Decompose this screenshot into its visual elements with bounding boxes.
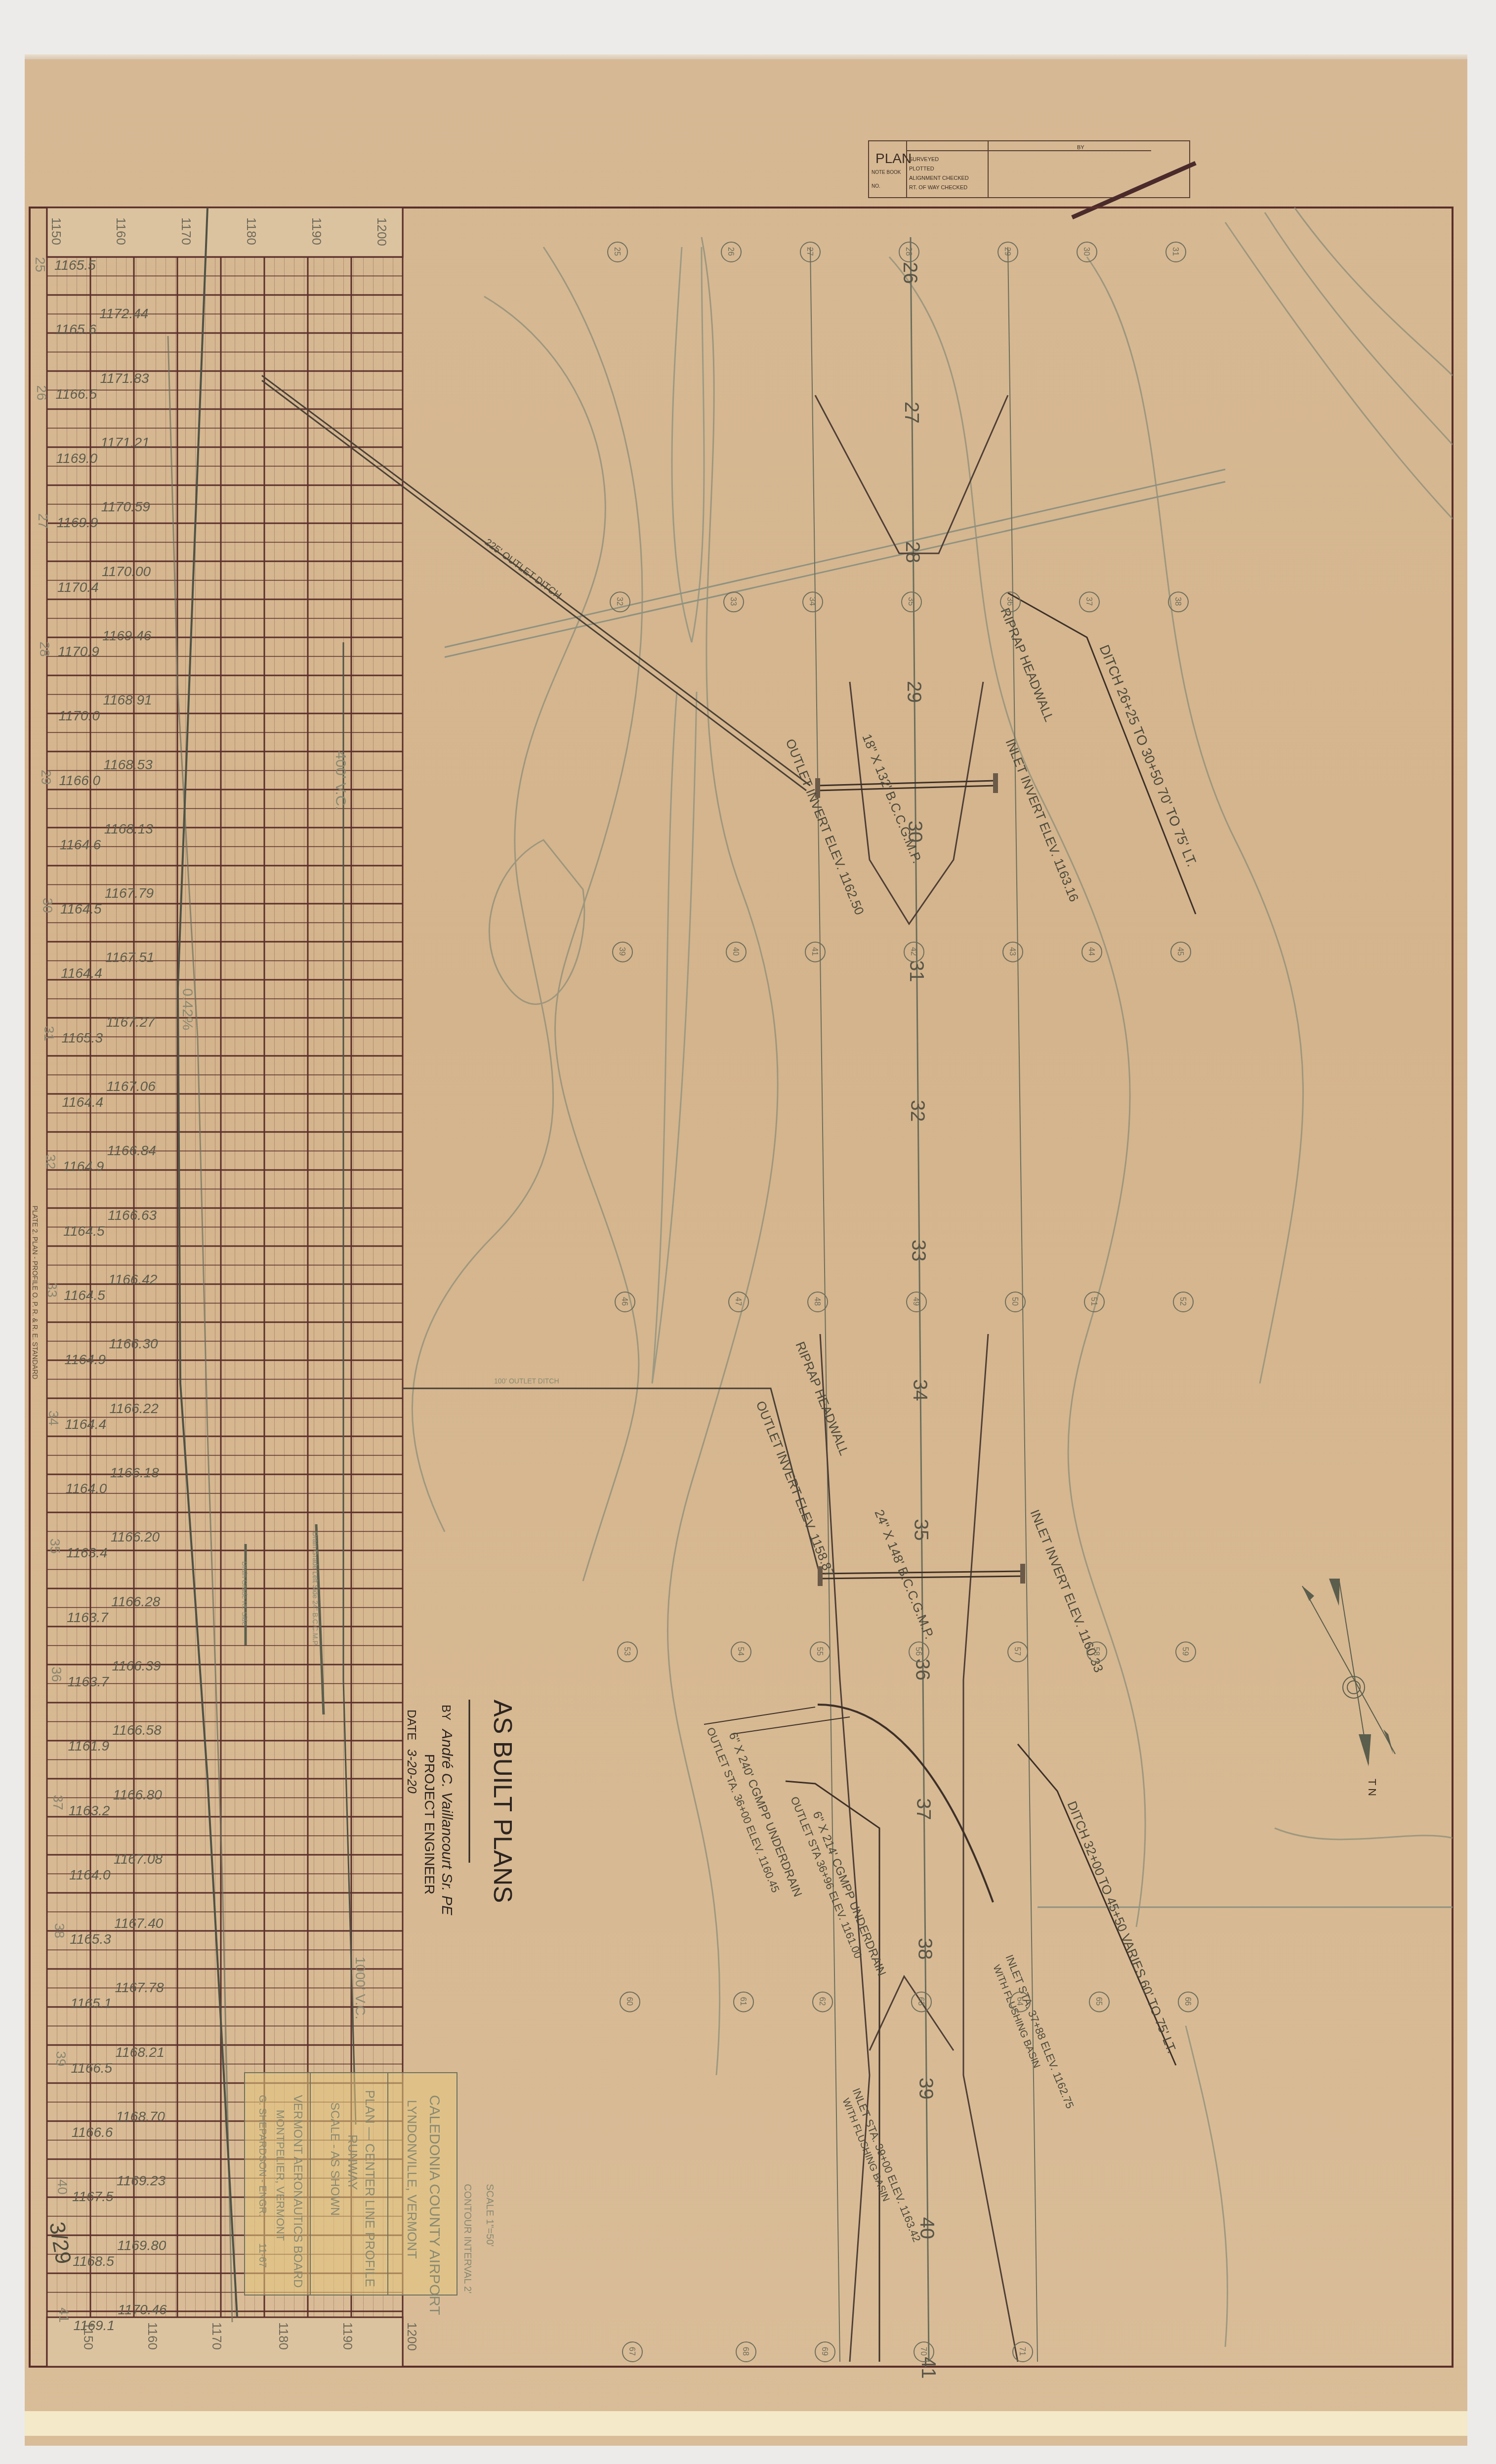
record-box: PLAN NOTE BOOK NO. BY SURVEYED PLOTTED A… [869, 141, 1196, 217]
grid-point-label: 27 [805, 247, 814, 256]
grid-point-label: 37 [1084, 597, 1093, 606]
plate-label: PLATE 2. PLAN - PROFILE O. P. R. & R. E.… [31, 1206, 39, 1379]
centerline-station: 40 [916, 2217, 938, 2239]
grade-elevation: 1166.28 [111, 1594, 161, 1609]
grade-elevation: 1169.46 [102, 628, 152, 643]
profile-station-label: 28 [37, 641, 52, 657]
profile-station-label: 37 [50, 1795, 66, 1810]
title-block: CALEDONIA COUNTY AIRPORT LYNDONVILLE, VE… [245, 2073, 457, 2315]
record-row: ALIGNMENT CHECKED [909, 175, 969, 181]
ground-elevation: 1164.9 [64, 1352, 106, 1367]
outlet-ditch-upper-label: 225' OUTLET DITCH [483, 537, 563, 601]
ground-elevation: 1169.9 [57, 515, 98, 530]
as-built-date: 3-20-20 [405, 1749, 419, 1794]
centerline-station: 34 [909, 1379, 931, 1401]
ground-elevation: 1169.1 [73, 2318, 115, 2333]
grade-elevation: 1167.27 [106, 1014, 156, 1030]
grid-point-label: 68 [741, 2347, 749, 2356]
ground-elevation: 1165.3 [70, 1931, 111, 1947]
grade-elevation: 1169.80 [117, 2238, 166, 2253]
grid-point-label: 36 [1005, 597, 1014, 606]
as-built-date-label: DATE [405, 1710, 418, 1740]
centerline-station: 26 [899, 262, 921, 284]
elev-axis-bottom-1160: 1160 [145, 2322, 160, 2350]
profile-station-label: 33 [44, 1282, 60, 1297]
ground-elevation: 1164.4 [62, 1094, 104, 1110]
grid-point-label: 45 [1176, 947, 1184, 956]
scale-note: SCALE 1"=50' [484, 2184, 495, 2247]
grade-elevation: 1166.39 [112, 1658, 161, 1673]
fence-line [445, 482, 1225, 657]
grade-elevation: 1166.20 [111, 1529, 160, 1545]
centerline-station: 29 [903, 681, 925, 703]
culvert-1-outlet: OUTLET INVERT ELEV. 1162.50 [783, 737, 867, 917]
elev-axis-top-1180: 1180 [244, 217, 259, 245]
fence-line [445, 469, 1225, 647]
culvert-1-headwall: RIPRAP HEADWALL [997, 606, 1057, 724]
inlet-1-station: INLET STA. 37+88 ELEV. 1162.75 [1003, 1953, 1076, 2111]
contour-lines [412, 208, 1453, 2347]
outlet-ditch-lower-label: 100' OUTLET DITCH [494, 1377, 559, 1385]
grid-point-label: 64 [1015, 1997, 1024, 2006]
grade-elevation: 1170.00 [102, 564, 151, 579]
grade-elevation: 1167.08 [114, 1851, 163, 1867]
as-built-signature: André C. Vaillancourt Sr. PE [439, 1728, 455, 1916]
grade-elevation: 1166.42 [108, 1272, 158, 1287]
ditch-1-label: DITCH 26+25 TO 30+50 70' TO 75' LT. [1096, 643, 1200, 869]
profile-station-label: 38 [52, 1923, 67, 1938]
grid-point-label: 48 [813, 1297, 821, 1306]
ground-elevation: 1168.5 [73, 2254, 114, 2269]
culvert-1-inlet: INLET INVERT ELEV. 1163.16 [1002, 737, 1081, 904]
grid-point-label: 61 [739, 1997, 747, 2006]
grid-point-label: 65 [1094, 1997, 1103, 2006]
ground-elevation: 1164.0 [69, 1867, 111, 1882]
grid-point-label: 32 [615, 597, 623, 606]
culvert-2-headwall: RIPRAP HEADWALL [792, 1339, 852, 1458]
centerline-station: 33 [908, 1240, 929, 1262]
grade-elevation: 1168.21 [116, 2045, 165, 2060]
title-location: LYNDONVILLE, VERMONT [405, 2100, 419, 2259]
vc-lower-label: 1000' V.C. [353, 1957, 368, 2019]
underdrain-2-pipe: 6" X 214' CGMPP UNDERDRAIN [810, 1809, 888, 1978]
grid-point-label: 58 [1092, 1647, 1100, 1656]
profile-station-label: 36 [49, 1667, 64, 1682]
grid-point-label: 49 [912, 1297, 920, 1306]
centerline-station: 35 [910, 1519, 932, 1541]
grid-point-label: 56 [914, 1647, 922, 1656]
ground-elevation: 1166.6 [72, 2125, 113, 2140]
record-box-no: NO. [872, 184, 880, 189]
ground-elevation: 1170.9 [58, 644, 99, 659]
elev-axis-bottom-1180: 1180 [276, 2322, 291, 2350]
title-date: 11-67 [257, 2243, 268, 2268]
elev-axis-top-1160: 1160 [114, 217, 128, 245]
ground-elevation: 1164.0 [66, 1481, 107, 1496]
profile-station-label: 26 [34, 385, 49, 400]
grid-point-label: 70 [919, 2347, 927, 2356]
centerline-station: 31 [906, 960, 927, 982]
profile-station-label: 32 [43, 1154, 58, 1169]
centerline-station: 32 [907, 1100, 928, 1122]
contour-note: CONTOUR INTERVAL 2' [462, 2184, 473, 2294]
as-built-stamp: AS BUILT PLANS BY André C. Vaillancourt … [405, 1700, 517, 1916]
centerline-station: 36 [912, 1659, 933, 1681]
record-row: RT. OF WAY CHECKED [909, 185, 967, 191]
grid-point-label: 60 [625, 1997, 633, 2006]
grid-point-label: 35 [907, 597, 915, 606]
grade-percent-label: 0.42% [179, 988, 196, 1030]
profile-station-label: 25 [33, 257, 48, 272]
title-subject: RUNWAY [345, 2134, 360, 2190]
grid-point-label: 28 [904, 247, 913, 256]
grid-point-label: 31 [1171, 247, 1179, 256]
grade-elevation: 1170.46 [118, 2302, 167, 2317]
grid-point-label: 54 [736, 1647, 745, 1656]
profile-station-label: 40 [55, 2179, 70, 2195]
grid-point-label: 43 [1008, 947, 1016, 956]
profile-station-label: 35 [47, 1539, 63, 1554]
as-built-title: AS BUILT PLANS [488, 1700, 517, 1903]
grid-point-label: 33 [729, 597, 737, 606]
culvert-1-pipe [818, 781, 996, 786]
ground-elevation: 1163.7 [67, 1674, 109, 1689]
grade-elevation: 1171.21 [101, 435, 150, 450]
outlet-ditch-lower [403, 1388, 820, 1576]
grid-point-label: 57 [1013, 1647, 1021, 1656]
grid-point-label: 51 [1089, 1297, 1098, 1306]
ground-elevation: 1170.4 [57, 580, 99, 595]
tree-line [652, 692, 697, 1383]
grid-point-label: 55 [815, 1647, 824, 1656]
grade-elevation: 1166.84 [107, 1143, 156, 1158]
drain-note-left: Drain Grade Left Side 24" B.C.C.M.P. [311, 1532, 319, 1646]
ground-elevation: 1164.4 [61, 965, 102, 981]
ground-elevation: 1164.5 [63, 1223, 105, 1239]
profile-station-label: 31 [42, 1026, 57, 1041]
title-scale: SCALE - AS SHOWN [328, 2102, 341, 2215]
elev-axis-bottom-1170: 1170 [209, 2322, 224, 2350]
grade-elevation: 1168.53 [104, 757, 153, 772]
grade-elevation: 1167.78 [115, 1980, 164, 1995]
grid-point-label: 29 [1003, 247, 1011, 256]
grade-elevation: 1166.80 [113, 1787, 163, 1802]
elev-axis-top-1200: 1200 [374, 217, 389, 246]
elev-axis-bottom-1200: 1200 [405, 2322, 419, 2351]
grade-elevation: 1166.63 [108, 1208, 157, 1223]
ground-elevation: 1163.7 [67, 1610, 109, 1625]
drawing-canvas: PLAN NOTE BOOK NO. BY SURVEYED PLOTTED A… [0, 0, 1496, 2464]
profile-station-label: 30 [40, 898, 55, 913]
grid-point-label: 44 [1087, 947, 1095, 956]
grade-elevation: 1171.83 [100, 371, 149, 386]
title-drawing: PLAN — CENTER LINE PROFILE [363, 2090, 377, 2287]
ground-elevation: 1163.4 [66, 1545, 108, 1560]
grade-elevation: 1166.58 [113, 1722, 162, 1738]
grade-elevation: 1167.06 [107, 1079, 156, 1094]
grade-elevation: 1167.51 [105, 950, 154, 965]
grid-point-label: 59 [1181, 1647, 1189, 1656]
grid-point-label: 30 [1082, 247, 1090, 256]
ground-elevation: 1164.4 [65, 1417, 107, 1432]
record-box-by: BY [1077, 145, 1084, 151]
profile-station-label: 27 [36, 513, 51, 529]
ground-elevation: 1164.6 [60, 837, 101, 852]
ground-elevation: 1164.9 [63, 1159, 104, 1174]
ground-elevation: 1166.5 [71, 2060, 113, 2076]
grid-point-label: 66 [1183, 1997, 1192, 2006]
record-row: PLOTTED [909, 166, 934, 172]
grid-point-label: 46 [620, 1297, 628, 1306]
title-engineer: G. SHEPARDSON - ENGR. [257, 2095, 268, 2216]
grid-point-label: 62 [818, 1997, 826, 2006]
ground-elevation: 1161.9 [68, 1738, 110, 1754]
grid-point-label: 69 [820, 2347, 829, 2356]
profile-station-label: 39 [53, 2051, 69, 2066]
centerline-station: 37 [913, 1798, 934, 1820]
centerline-station: 28 [902, 541, 923, 563]
grid-point-label: 42 [909, 947, 917, 956]
centerline-station: 27 [901, 402, 922, 424]
elev-axis-top-1190: 1190 [309, 217, 324, 245]
record-row: SURVEYED [909, 157, 939, 163]
centerline-station: 38 [914, 1938, 936, 1960]
grade-elevation: 1168.13 [104, 821, 154, 836]
ditch-1-leader [1008, 593, 1196, 914]
profile-station-label: 34 [46, 1410, 61, 1425]
record-box-title: PLAN [875, 151, 912, 166]
grid-point-label: 47 [734, 1297, 742, 1306]
grade-elevation: 1166.30 [109, 1336, 158, 1351]
title-agency-city: MONTPELIER, VERMONT [274, 2110, 287, 2241]
profile-station-label: 41 [56, 2307, 72, 2323]
ground-elevation: 1165.6 [55, 322, 96, 337]
elev-axis-bottom-1190: 1190 [340, 2322, 355, 2350]
ground-elevation: 1167.5 [72, 2189, 114, 2204]
as-built-by-label: BY [439, 1705, 453, 1720]
elev-axis-top-1170: 1170 [179, 217, 194, 245]
grid-point-label: 50 [1010, 1297, 1019, 1306]
grade-elevation: 1166.18 [110, 1465, 160, 1480]
ground-elevation: 1165.3 [61, 1030, 103, 1045]
grid-point-label: 26 [726, 247, 735, 256]
grid-point-label: 39 [618, 947, 626, 956]
vc-upper-label: 400' V.C. [332, 751, 349, 810]
title-agency: VERMONT AERONAUTICS BOARD [291, 2095, 304, 2288]
centerline-station: 30 [904, 821, 926, 843]
plan-view: 225' OUTLET DITCH 100' OUTLET DITCH RIPR… [262, 208, 1453, 2379]
centerline-station: 41 [917, 2357, 939, 2379]
grade-elevation: 1172.44 [99, 306, 148, 321]
grid-point-label: 52 [1178, 1297, 1187, 1306]
north-arrow-label: T N [1366, 1779, 1378, 1796]
grid-point-label: 71 [1018, 2347, 1026, 2356]
elev-axis-top-1150: 1150 [49, 217, 64, 245]
ground-elevation: 1166.0 [59, 773, 101, 788]
drain-note-right: Drain Grade Rt. Side [241, 1561, 249, 1626]
inlet-2-station: INLET STA. 39+00 ELEV. 1163.42 [850, 2087, 923, 2244]
grid-point-label: 34 [808, 597, 816, 606]
tree-line [672, 247, 704, 642]
grid-point-label: 67 [627, 2347, 636, 2356]
ground-elevation: 1164.5 [60, 901, 102, 917]
grade-elevation: 1168.70 [116, 2109, 166, 2124]
grade-elevation: 1167.40 [114, 1916, 164, 1931]
profile-grid: 1150 1160 1170 1180 1190 1200 1150 1160 … [31, 208, 419, 2367]
record-box-notebook: NOTE BOOK [872, 170, 901, 175]
north-arrow: T N [1302, 1579, 1395, 1796]
grade-elevation: 1170.59 [101, 499, 150, 514]
as-built-role: PROJECT ENGINEER [422, 1754, 437, 1894]
ground-elevation: 1163.2 [69, 1803, 110, 1818]
grid-point-label: 38 [1173, 597, 1182, 606]
grade-elevation: 1169.23 [117, 2173, 166, 2188]
centerline-station: 39 [915, 2078, 937, 2100]
title-project: CALEDONIA COUNTY AIRPORT [426, 2095, 443, 2315]
grid-point-label: 25 [613, 247, 621, 256]
grid-point-label: 40 [731, 947, 740, 956]
grade-elevation: 1166.22 [110, 1401, 159, 1416]
ditch-2-label: DITCH 32+00 TO 45+50 VARIES 60' TO 75' L… [1064, 1799, 1179, 2055]
ground-elevation: 1164.5 [64, 1288, 105, 1303]
ground-elevation: 1165.5 [54, 257, 96, 273]
ground-elevation: 1165.1 [70, 1996, 112, 2011]
grid-point-label: 41 [810, 947, 819, 956]
profile-station-label: 29 [39, 770, 54, 785]
grid-point-label: 53 [623, 1647, 631, 1656]
grade-elevation: 1168.91 [103, 692, 152, 708]
ground-elevation: 1166.5 [55, 386, 97, 402]
grade-elevation: 1167.79 [105, 885, 154, 901]
ground-elevation: 1170.0 [58, 708, 100, 723]
ground-elevation: 1169.0 [56, 451, 98, 466]
grid-point-label: 63 [916, 1997, 925, 2006]
